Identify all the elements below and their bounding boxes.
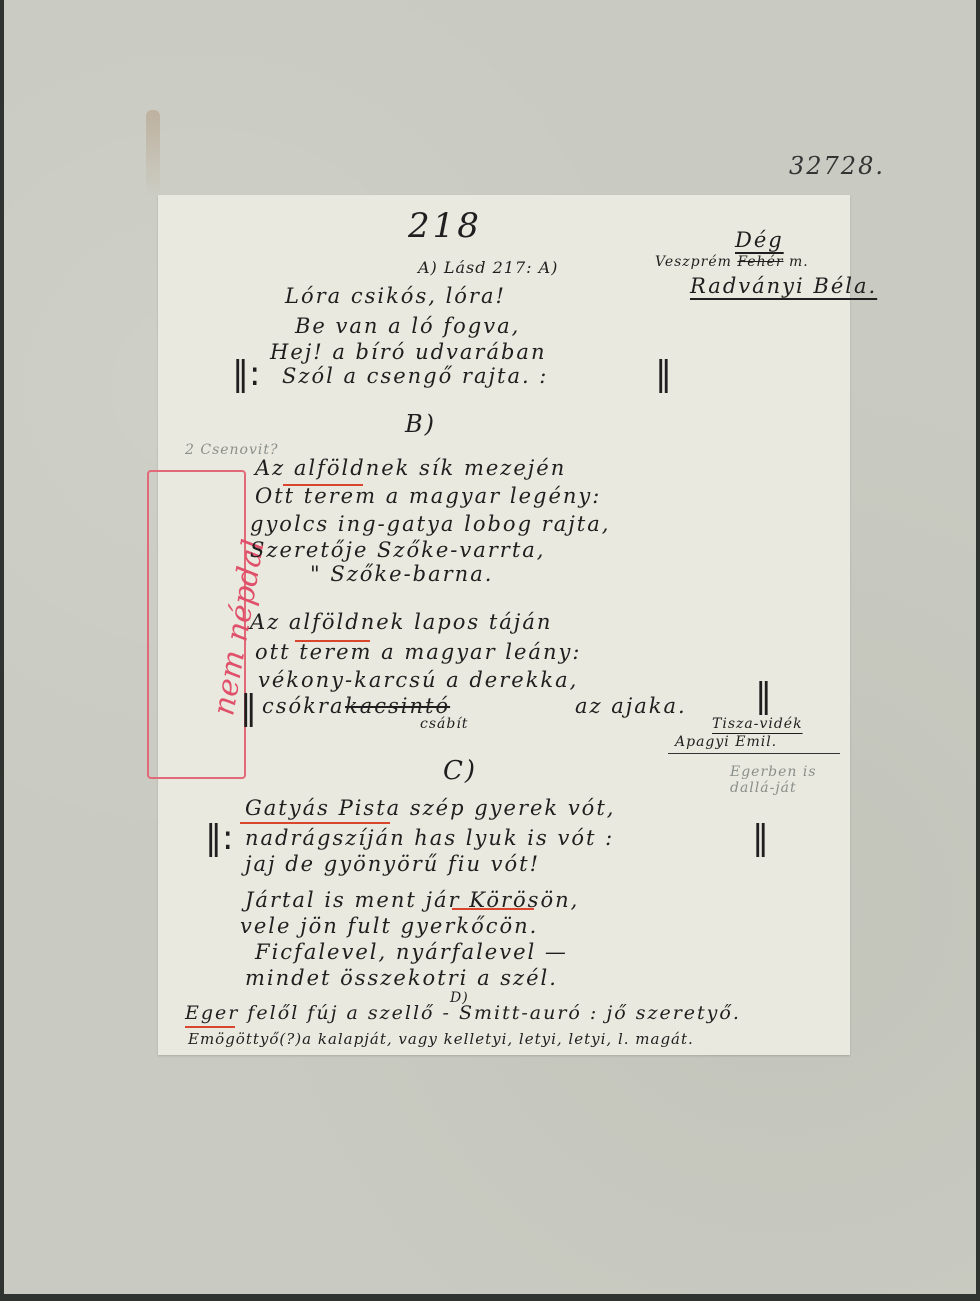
section-b-s1-line-3: gyolcs ing-gatya lobog rajta, bbox=[250, 512, 610, 536]
section-c-line-7: mindet összekotri a szél. bbox=[245, 966, 558, 990]
repeat-end-sign-c: ‖ bbox=[752, 818, 769, 858]
section-a-line-2: Be van a ló fogva, bbox=[295, 314, 520, 338]
repeat-start-sign-c: ‖: bbox=[205, 818, 233, 858]
section-b-s1-line-1: Az alföldnek sík mezején bbox=[255, 456, 566, 480]
section-a-line-3: Hej! a bíró udvarában bbox=[270, 340, 546, 364]
section-b-heading: B) bbox=[405, 410, 436, 438]
repeat-start-sign: ‖: bbox=[232, 354, 260, 394]
section-b-s1-line-4: Szeretője Szőke-varrta, bbox=[250, 538, 545, 562]
section-a-line-1: Lóra csikós, lóra! bbox=[285, 284, 506, 308]
section-a-line-4: Szól a csengő rajta. : bbox=[282, 364, 548, 388]
section-b-s2-line-4: csókra bbox=[262, 694, 344, 718]
section-b-struck-word: kacsintó bbox=[345, 694, 450, 718]
section-b-collector: Apagyi Emil. bbox=[675, 734, 777, 750]
attribution-county: Veszprém Fehér m. bbox=[655, 254, 809, 270]
section-b-s2-line-4-end: az ajaka. bbox=[575, 694, 687, 718]
section-c-line-3: jaj de gyönyörű fiu vót! bbox=[245, 852, 540, 876]
section-b-s1-line-5: " Szőke-barna. bbox=[310, 562, 493, 586]
section-c-line-1: Gatyás Pista szép gyerek vót, bbox=[245, 796, 615, 820]
archive-number: 32728. bbox=[789, 152, 885, 180]
section-b-region: Tisza-vidék bbox=[712, 716, 803, 732]
attribution-place: Dég bbox=[735, 228, 784, 252]
section-c-line-6: Ficfalevel, nyárfalevel — bbox=[255, 940, 568, 964]
section-b-s1-line-2: Ott terem a magyar legény: bbox=[255, 484, 601, 508]
page-number: 218 bbox=[408, 206, 482, 246]
red-underline-eger bbox=[185, 1026, 235, 1028]
section-b-s1-line-1-text: Az alföldnek sík mezején bbox=[255, 456, 566, 480]
section-c-side-note: Egerben is dallá-ját bbox=[730, 764, 840, 796]
repeat-end-sign: ‖ bbox=[655, 354, 672, 394]
board-stain bbox=[146, 110, 160, 200]
section-d-line-1: Eger felől fúj a szellő - Smitt-auró : j… bbox=[185, 1002, 741, 1024]
attribution-county-name: Veszprém bbox=[655, 254, 732, 270]
section-d-line-2: Emögöttyő(?)a kalapját, vagy kelletyi, l… bbox=[188, 1030, 694, 1048]
section-c-heading: C) bbox=[443, 756, 477, 786]
attribution-struck-word: Fehér bbox=[737, 254, 783, 270]
red-underline-gatyas-pista bbox=[240, 822, 390, 824]
section-b-s2-line-3: vékony-karcsú a derekka, bbox=[258, 668, 578, 692]
attribution-collector: Radványi Béla. bbox=[690, 274, 877, 298]
section-b-correction: csábít bbox=[420, 716, 468, 732]
section-a-heading: A) Lásd 217: A) bbox=[418, 258, 558, 277]
repeat-end-sign-b: ‖ bbox=[755, 676, 772, 716]
section-b-s2-line-2: ott terem a magyar leány: bbox=[255, 640, 581, 664]
red-underline-korosen bbox=[452, 908, 534, 910]
section-b-source-rule bbox=[668, 753, 840, 754]
repeat-start-sign-b: ‖ bbox=[240, 688, 257, 728]
section-c-line-2: nadrágszíján has lyuk is vót : bbox=[245, 826, 614, 850]
section-b-s2-line-1: Az alföldnek lapos táján bbox=[250, 610, 552, 634]
section-c-line-5: vele jön fult gyerkőcön. bbox=[240, 914, 538, 938]
attribution-suffix: m. bbox=[789, 254, 809, 270]
